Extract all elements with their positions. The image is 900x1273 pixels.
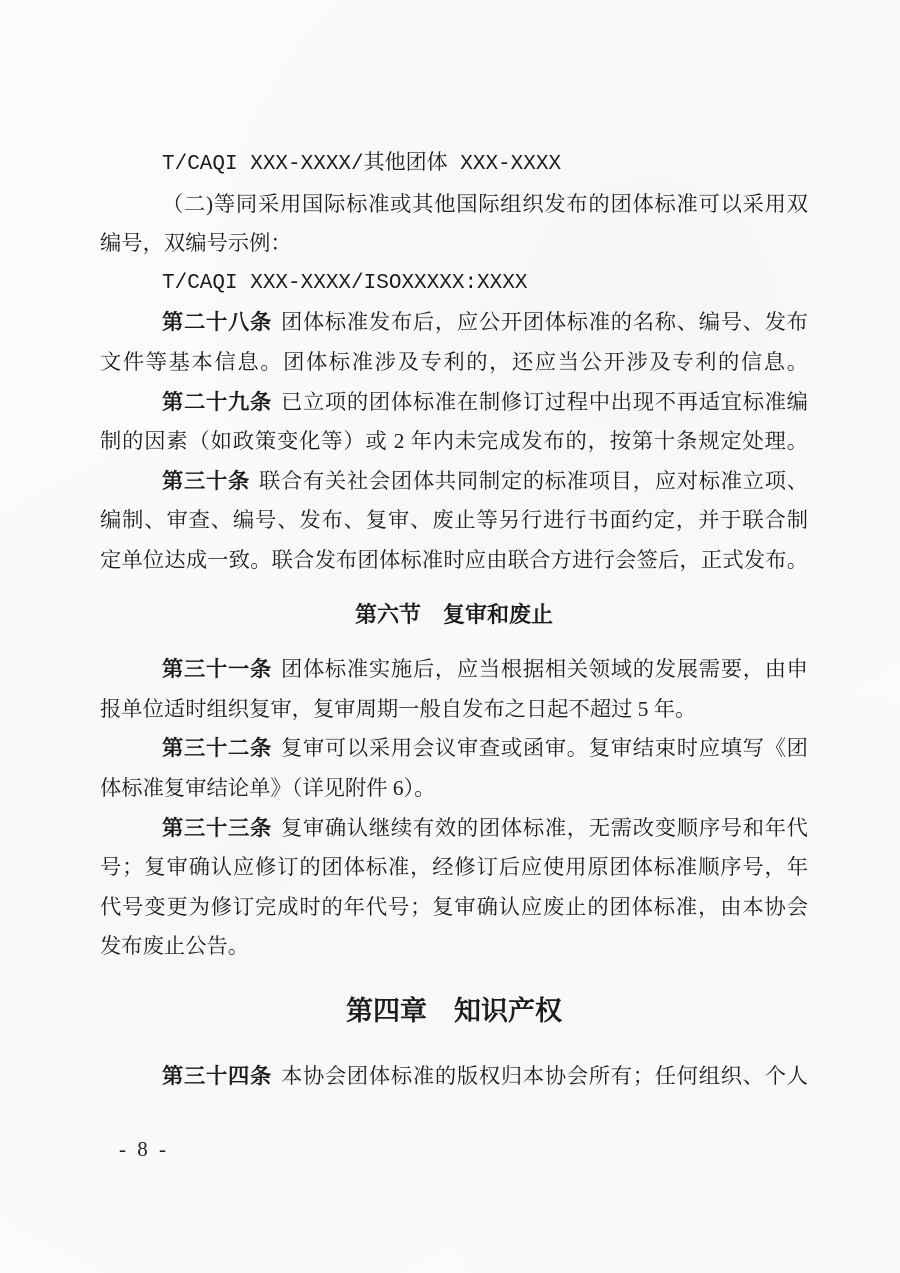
article-32-line-2: 体标准复审结论单》（详见附件 6）。: [100, 769, 808, 809]
article-33-line-2: 号；复审确认应修订的团体标准，经修订后应使用原团体标准顺序号，年: [100, 848, 808, 888]
article-34-label: 第三十四条: [162, 1064, 272, 1088]
article-29-label: 第二十九条: [162, 390, 272, 414]
article-28-line-2: 文件等基本信息。团体标准涉及专利的，还应当公开涉及专利的信息。: [100, 343, 808, 383]
article-33-line-3: 代号变更为修订完成时的年代号；复审确认应废止的团体标准，由本协会: [100, 888, 808, 928]
article-32-label: 第三十二条: [162, 736, 272, 760]
document-page: T/CAQI XXX-XXXX/其他团体 XXX-XXXX （二)等同采用国际标…: [0, 0, 900, 1273]
dual-number-example-2: T/CAQI XXX-XXXX/ISOXXXXX:XXXX: [100, 264, 808, 304]
article-28-line-1: 第二十八条团体标准发布后，应公开团体标准的名称、编号、发布: [100, 303, 808, 343]
article-29-line-2: 制的因素（如政策变化等）或 2 年内未完成发布的，按第十条规定处理。: [100, 422, 808, 462]
item-two-line-1: （二)等同采用国际标准或其他国际组织发布的团体标准可以采用双: [100, 185, 808, 225]
article-28-label: 第二十八条: [162, 310, 272, 334]
article-31-label: 第三十一条: [162, 657, 272, 681]
dual-number-example-1: T/CAQI XXX-XXXX/其他团体 XXX-XXXX: [100, 145, 808, 185]
article-31-line-1: 第三十一条团体标准实施后，应当根据相关领域的发展需要，由申: [100, 650, 808, 690]
article-30-line-3: 定单位达成一致。联合发布团体标准时应由联合方进行会签后，正式发布。: [100, 541, 808, 581]
section-6-heading: 第六节 复审和废止: [100, 595, 808, 635]
item-two-line-2: 编号，双编号示例：: [100, 224, 808, 264]
article-31-line-2: 报单位适时组织复审，复审周期一般自发布之日起不超过 5 年。: [100, 690, 808, 730]
article-30-text-1: 联合有关社会团体共同制定的标准项目，应对标准立项、: [259, 469, 808, 493]
article-34-line-1: 第三十四条本协会团体标准的版权归本协会所有；任何组织、个人: [100, 1057, 808, 1097]
article-31-text-1: 团体标准实施后，应当根据相关领域的发展需要，由申: [281, 657, 808, 681]
article-28-text-1: 团体标准发布后，应公开团体标准的名称、编号、发布: [281, 310, 808, 334]
page-number: - 8 -: [119, 1137, 169, 1162]
article-30-line-2: 编制、审查、编号、发布、复审、废止等另行进行书面约定，并于联合制: [100, 501, 808, 541]
article-29-text-1: 已立项的团体标准在制修订过程中出现不再适宜标准编: [281, 390, 808, 414]
article-32-line-1: 第三十二条复审可以采用会议审查或函审。复审结束时应填写《团: [100, 729, 808, 769]
article-34-text-1: 本协会团体标准的版权归本协会所有；任何组织、个人: [281, 1064, 808, 1088]
article-33-line-1: 第三十三条复审确认继续有效的团体标准，无需改变顺序号和年代: [100, 809, 808, 849]
document-body: T/CAQI XXX-XXXX/其他团体 XXX-XXXX （二)等同采用国际标…: [100, 145, 808, 1096]
article-30-line-1: 第三十条联合有关社会团体共同制定的标准项目，应对标准立项、: [100, 462, 808, 502]
article-33-label: 第三十三条: [162, 816, 272, 840]
chapter-4-heading: 第四章 知识产权: [100, 989, 808, 1033]
article-33-line-4: 发布废止公告。: [100, 927, 808, 967]
article-30-label: 第三十条: [162, 469, 250, 493]
article-32-text-1: 复审可以采用会议审查或函审。复审结束时应填写《团: [281, 736, 808, 760]
article-29-line-1: 第二十九条已立项的团体标准在制修订过程中出现不再适宜标准编: [100, 383, 808, 423]
article-33-text-1: 复审确认继续有效的团体标准，无需改变顺序号和年代: [281, 816, 808, 840]
